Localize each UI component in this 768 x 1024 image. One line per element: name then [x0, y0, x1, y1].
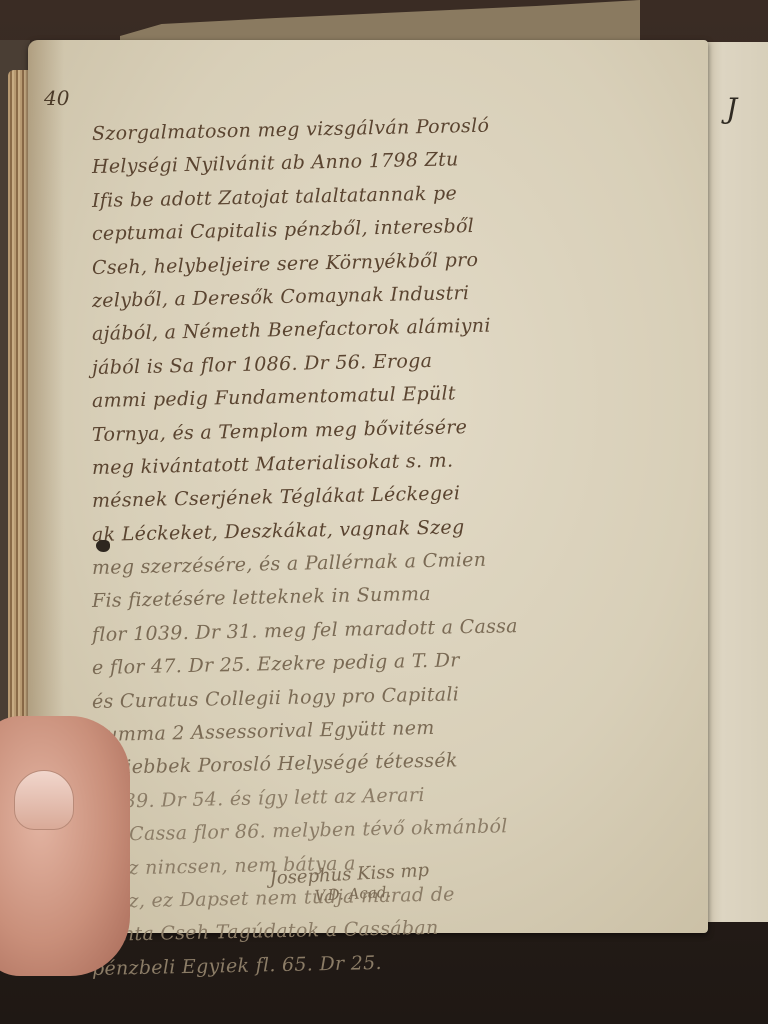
page-number: 40 — [44, 86, 69, 110]
thumbnail — [14, 770, 74, 830]
signature-block: Josephus Kiss mp V.D. Acad. — [269, 860, 430, 907]
ink-blot — [96, 540, 110, 552]
handwritten-text-block: Szorgalmatoson meg vizsgálván Porosló He… — [92, 118, 692, 986]
facing-page-mark: J — [726, 92, 766, 152]
holding-hand — [0, 716, 130, 976]
facing-page-right — [700, 42, 768, 922]
